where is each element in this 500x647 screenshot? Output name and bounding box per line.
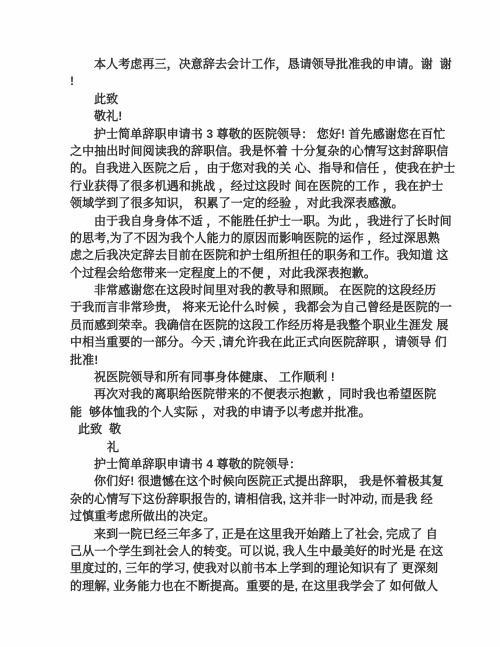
text-line: 的。自我进入医院之后 ，由于您对我的关 心、指导和信任 ，使我在护士 — [70, 160, 445, 177]
text-line: 护士简单辞职申请书 3 尊敬的医院领导： 您好! 首先感谢您在百忙 — [70, 126, 445, 143]
text-line: 之中抽出时间阅读我的辞职信。我是怀着 十分复杂的心情写这封辞职信 — [70, 143, 445, 160]
text-line: 敬礼! — [70, 108, 445, 125]
text-line: 能 够体恤我的个人实际 ，对我的申请予以考虑并批准。 — [70, 404, 445, 421]
text-line: 行业获得了很多机遇和挑战 ，经过这段时 间在医院的工作 ，我在护士 — [70, 178, 445, 195]
text-line: 过慎重考虑所做出的决定。 — [70, 508, 445, 525]
text-line: 的思考,为了不因为我个人能力的原因而影响医院的运作 ，经过深思熟 — [70, 230, 445, 247]
text-line: 于我而言非常珍贵， 将来无论什么时候 ，我都会为自己曾经是医院的一 — [70, 299, 445, 316]
text-line: 此致 — [70, 91, 445, 108]
text-line: 来到一院已经三年多了, 正是在这里我开始踏上了社会, 完成了 自 — [70, 526, 445, 543]
document-page: 本人考虑再三，决意辞去会计工作，恳请领导批准我的申请。谢 谢!此致敬礼!护士简单… — [0, 0, 500, 647]
text-line: ! — [70, 73, 445, 90]
text-line: 本人考虑再三，决意辞去会计工作，恳请领导批准我的申请。谢 谢 — [70, 56, 445, 73]
text-line: 领域学到了很多知识， 积累了一定的经验 ，对此我深表感激。 — [70, 195, 445, 212]
text-line: 的理解, 业务能力也在不断提高。重要的是, 在这里我学会了 如何做人 — [70, 578, 445, 595]
text-line: 虑之后我决定辞去目前在医院和护士组所担任的职务和工作。我知道 这 — [70, 247, 445, 264]
text-line: 由于我自身身体不适 ，不能胜任护士一职。为此 ，我进行了长时间 — [70, 213, 445, 230]
text-line: 此致 敬 — [70, 421, 445, 438]
text-line: 礼 — [70, 439, 445, 456]
text-line: 护士简单辞职申请书 4 尊敬的院领导： — [70, 456, 445, 473]
text-line: 员而感到荣幸。我确信在医院的这段工作经历将是我整个职业生涯发 展 — [70, 317, 445, 334]
text-line: 非常感谢您在这段时间里对我的教导和照顾。 在医院的这段经历 — [70, 282, 445, 299]
text-line: 己从一个学生到社会人的转变。可以说, 我人生中最美好的时光是 在这 — [70, 543, 445, 560]
text-line: 杂的心情写下这份辞职报告的, 请相信我, 这并非一时冲动, 而是我 经 — [70, 491, 445, 508]
text-line: 祝医院领导和所有同事身体健康、 工作顺利 ! — [70, 369, 445, 386]
text-line: 批准! — [70, 352, 445, 369]
document-body: 本人考虑再三，决意辞去会计工作，恳请领导批准我的申请。谢 谢!此致敬礼!护士简单… — [70, 56, 445, 595]
text-line: 你们好! 很遗憾在这个时候向医院正式提出辞职， 我是怀着极其复 — [70, 473, 445, 490]
text-line: 个过程会给您带来一定程度上的不便 ，对此我深表抱歉。 — [70, 265, 445, 282]
text-line: 再次对我的离职给医院带来的不便表示抱歉 ，同时我也希望医院 — [70, 386, 445, 403]
text-line: 里度过的, 三年的学习, 使我对以前书本上学到的理论知识有了 更深刻 — [70, 560, 445, 577]
text-line: 中相当重要的一部分。今天 ,请允许我在此正式向医院辞职 ，请领导 们 — [70, 334, 445, 351]
